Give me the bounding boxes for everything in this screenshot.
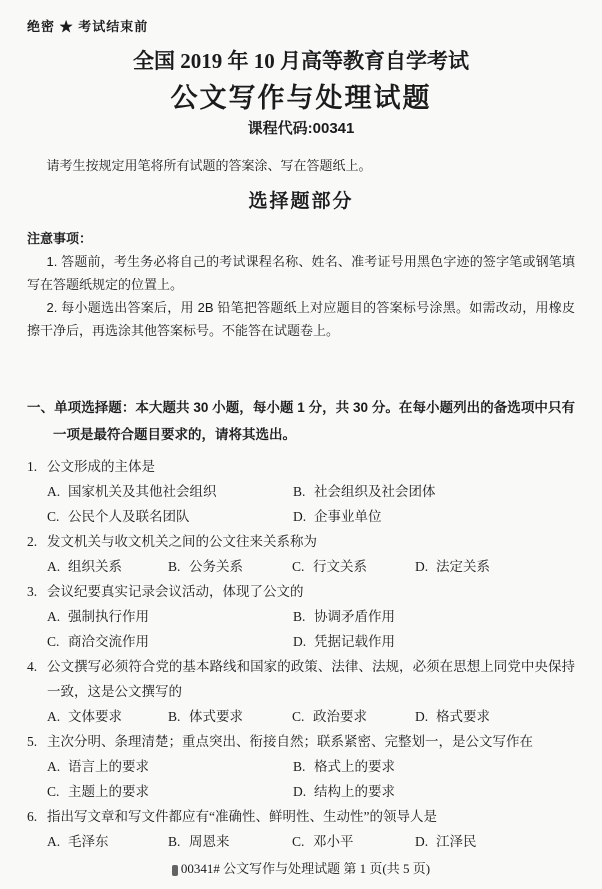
option-label: C. bbox=[292, 554, 313, 579]
question-number: 6. bbox=[27, 804, 47, 829]
question-stem: 6.指出写文章和写文件都应有“准确性、鲜明性、生动性”的领导人是 bbox=[27, 804, 575, 829]
question-number: 5. bbox=[27, 729, 47, 754]
question-item-6: 6.指出写文章和写文件都应有“准确性、鲜明性、生动性”的领导人是 A.毛泽东 B… bbox=[27, 804, 575, 854]
section-heading: 选择题部分 bbox=[27, 188, 575, 216]
question-options: A.文体要求 B.体式要求 C.政治要求 D.格式要求 bbox=[47, 704, 575, 729]
option-label: C. bbox=[47, 629, 68, 654]
option-item: D.结构上的要求 bbox=[293, 779, 575, 804]
option-text: 社会组织及社会团体 bbox=[314, 484, 436, 499]
option-label: C. bbox=[292, 829, 313, 854]
question-options: A.毛泽东 B.周恩来 C.邓小平 D.江泽民 bbox=[47, 829, 575, 854]
option-text: 组织关系 bbox=[68, 559, 122, 574]
question-item-4: 4.公文撰写必须符合党的基本路线和国家的政策、法律、法规，必须在思想上同党中央保… bbox=[27, 654, 575, 729]
course-code: 课程代码:00341 bbox=[27, 118, 575, 140]
question-item-1: 1.公文形成的主体是 A.国家机关及其他社会组织 B.社会组织及社会团体 C.公… bbox=[27, 454, 575, 529]
option-label: C. bbox=[292, 704, 313, 729]
question-stem: 1.公文形成的主体是 bbox=[27, 454, 575, 479]
scan-artifact-mark bbox=[172, 865, 178, 876]
option-item: A.语言上的要求 bbox=[47, 754, 293, 779]
question-options: A.国家机关及其他社会组织 B.社会组织及社会团体 C.公民个人及联名团队 D.… bbox=[47, 479, 575, 529]
option-text: 凭据记载作用 bbox=[314, 634, 395, 649]
option-label: B. bbox=[168, 829, 189, 854]
option-text: 江泽民 bbox=[436, 834, 477, 849]
option-text: 语言上的要求 bbox=[68, 759, 149, 774]
option-text: 协调矛盾作用 bbox=[314, 609, 395, 624]
page-footer: 00341# 公文写作与处理试题 第 1 页(共 5 页) bbox=[27, 860, 575, 878]
option-item: B.公务关系 bbox=[168, 554, 292, 579]
option-item: C.政治要求 bbox=[292, 704, 415, 729]
option-label: A. bbox=[47, 554, 68, 579]
question-stem: 3.会议纪要真实记录会议活动，体现了公文的 bbox=[27, 579, 575, 604]
option-text: 行文关系 bbox=[313, 559, 367, 574]
option-label: C. bbox=[47, 779, 68, 804]
option-label: B. bbox=[168, 704, 189, 729]
option-item: D.凭据记载作用 bbox=[293, 629, 575, 654]
option-text: 企事业单位 bbox=[314, 509, 382, 524]
option-text: 邓小平 bbox=[313, 834, 354, 849]
option-item: C.商洽交流作用 bbox=[47, 629, 293, 654]
option-item: D.格式要求 bbox=[415, 704, 575, 729]
option-item: B.体式要求 bbox=[168, 704, 292, 729]
question-number: 4. bbox=[27, 654, 47, 679]
option-label: D. bbox=[293, 779, 314, 804]
option-item: A.强制执行作用 bbox=[47, 604, 293, 629]
notices-title: 注意事项： bbox=[27, 228, 575, 250]
option-text: 强制执行作用 bbox=[68, 609, 149, 624]
question-item-2: 2.发文机关与收文机关之间的公文往来关系称为 A.组织关系 B.公务关系 C.行… bbox=[27, 529, 575, 579]
question-options: A.组织关系 B.公务关系 C.行文关系 D.法定关系 bbox=[47, 554, 575, 579]
option-label: A. bbox=[47, 754, 68, 779]
option-text: 文体要求 bbox=[68, 709, 122, 724]
option-label: D. bbox=[415, 704, 436, 729]
option-item: A.文体要求 bbox=[47, 704, 168, 729]
exam-paper-page: 绝密 ★ 考试结束前 全国 2019 年 10 月高等教育自学考试 公文写作与处… bbox=[0, 0, 602, 889]
question-text: 发文机关与收文机关之间的公文往来关系称为 bbox=[47, 534, 317, 549]
option-text: 主题上的要求 bbox=[68, 784, 149, 799]
question-text: 公文形成的主体是 bbox=[47, 459, 155, 474]
option-item: B.周恩来 bbox=[168, 829, 292, 854]
question-options: A.强制执行作用 B.协调矛盾作用 C.商洽交流作用 D.凭据记载作用 bbox=[47, 604, 575, 654]
option-item: A.组织关系 bbox=[47, 554, 168, 579]
option-text: 公务关系 bbox=[189, 559, 243, 574]
option-label: D. bbox=[293, 504, 314, 529]
option-item: B.社会组织及社会团体 bbox=[293, 479, 575, 504]
option-label: B. bbox=[293, 754, 314, 779]
classification-banner: 绝密 ★ 考试结束前 bbox=[27, 18, 575, 36]
option-label: D. bbox=[415, 829, 436, 854]
option-text: 公民个人及联名团队 bbox=[68, 509, 190, 524]
notice-item-2: 2. 每小题选出答案后，用 2B 铅笔把答题纸上对应题目的答案标号涂黑。如需改动… bbox=[27, 296, 575, 342]
question-number: 1. bbox=[27, 454, 47, 479]
option-text: 周恩来 bbox=[189, 834, 230, 849]
option-text: 政治要求 bbox=[313, 709, 367, 724]
question-text: 主次分明、条理清楚；重点突出、衔接自然；联系紧密、完整划一，是公文写作在 bbox=[47, 734, 533, 749]
option-label: D. bbox=[293, 629, 314, 654]
option-item: C.主题上的要求 bbox=[47, 779, 293, 804]
question-item-3: 3.会议纪要真实记录会议活动，体现了公文的 A.强制执行作用 B.协调矛盾作用 … bbox=[27, 579, 575, 654]
option-text: 法定关系 bbox=[436, 559, 490, 574]
option-item: C.邓小平 bbox=[292, 829, 415, 854]
question-number: 2. bbox=[27, 529, 47, 554]
option-item: B.协调矛盾作用 bbox=[293, 604, 575, 629]
option-text: 体式要求 bbox=[189, 709, 243, 724]
page-footer-text: 00341# 公文写作与处理试题 第 1 页(共 5 页) bbox=[181, 861, 430, 876]
option-label: B. bbox=[168, 554, 189, 579]
option-label: A. bbox=[47, 604, 68, 629]
question-text: 指出写文章和写文件都应有“准确性、鲜明性、生动性”的领导人是 bbox=[47, 809, 437, 824]
exam-session-line: 全国 2019 年 10 月高等教育自学考试 bbox=[27, 48, 575, 74]
part-one-heading: 一、单项选择题：本大题共 30 小题，每小题 1 分，共 30 分。在每小题列出… bbox=[27, 394, 575, 448]
question-list: 1.公文形成的主体是 A.国家机关及其他社会组织 B.社会组织及社会团体 C.公… bbox=[27, 454, 575, 854]
option-label: C. bbox=[47, 504, 68, 529]
question-item-5: 5.主次分明、条理清楚；重点突出、衔接自然；联系紧密、完整划一，是公文写作在 A… bbox=[27, 729, 575, 804]
option-text: 格式要求 bbox=[436, 709, 490, 724]
question-options: A.语言上的要求 B.格式上的要求 C.主题上的要求 D.结构上的要求 bbox=[47, 754, 575, 804]
question-number: 3. bbox=[27, 579, 47, 604]
option-item: D.法定关系 bbox=[415, 554, 575, 579]
option-text: 商洽交流作用 bbox=[68, 634, 149, 649]
option-label: B. bbox=[293, 479, 314, 504]
candidate-instruction: 请考生按规定用笔将所有试题的答案涂、写在答题纸上。 bbox=[27, 156, 575, 176]
option-item: C.公民个人及联名团队 bbox=[47, 504, 293, 529]
question-text: 公文撰写必须符合党的基本路线和国家的政策、法律、法规，必须在思想上同党中央保持一… bbox=[47, 659, 575, 699]
question-stem: 5.主次分明、条理清楚；重点突出、衔接自然；联系紧密、完整划一，是公文写作在 bbox=[27, 729, 575, 754]
option-label: A. bbox=[47, 479, 68, 504]
option-text: 国家机关及其他社会组织 bbox=[68, 484, 217, 499]
option-item: C.行文关系 bbox=[292, 554, 415, 579]
option-item: D.企事业单位 bbox=[293, 504, 575, 529]
option-label: D. bbox=[415, 554, 436, 579]
notice-item-1: 1. 答题前，考生务必将自己的考试课程名称、姓名、准考证号用黑色字迹的签字笔或钢… bbox=[27, 250, 575, 296]
option-text: 毛泽东 bbox=[68, 834, 109, 849]
option-item: A.国家机关及其他社会组织 bbox=[47, 479, 293, 504]
option-label: B. bbox=[293, 604, 314, 629]
option-item: D.江泽民 bbox=[415, 829, 575, 854]
option-label: A. bbox=[47, 829, 68, 854]
option-text: 结构上的要求 bbox=[314, 784, 395, 799]
question-text: 会议纪要真实记录会议活动，体现了公文的 bbox=[47, 584, 304, 599]
question-stem: 4.公文撰写必须符合党的基本路线和国家的政策、法律、法规，必须在思想上同党中央保… bbox=[27, 654, 575, 704]
option-label: A. bbox=[47, 704, 68, 729]
paper-title: 公文写作与处理试题 bbox=[27, 80, 575, 116]
question-stem: 2.发文机关与收文机关之间的公文往来关系称为 bbox=[27, 529, 575, 554]
option-item: A.毛泽东 bbox=[47, 829, 168, 854]
option-item: B.格式上的要求 bbox=[293, 754, 575, 779]
option-text: 格式上的要求 bbox=[314, 759, 395, 774]
